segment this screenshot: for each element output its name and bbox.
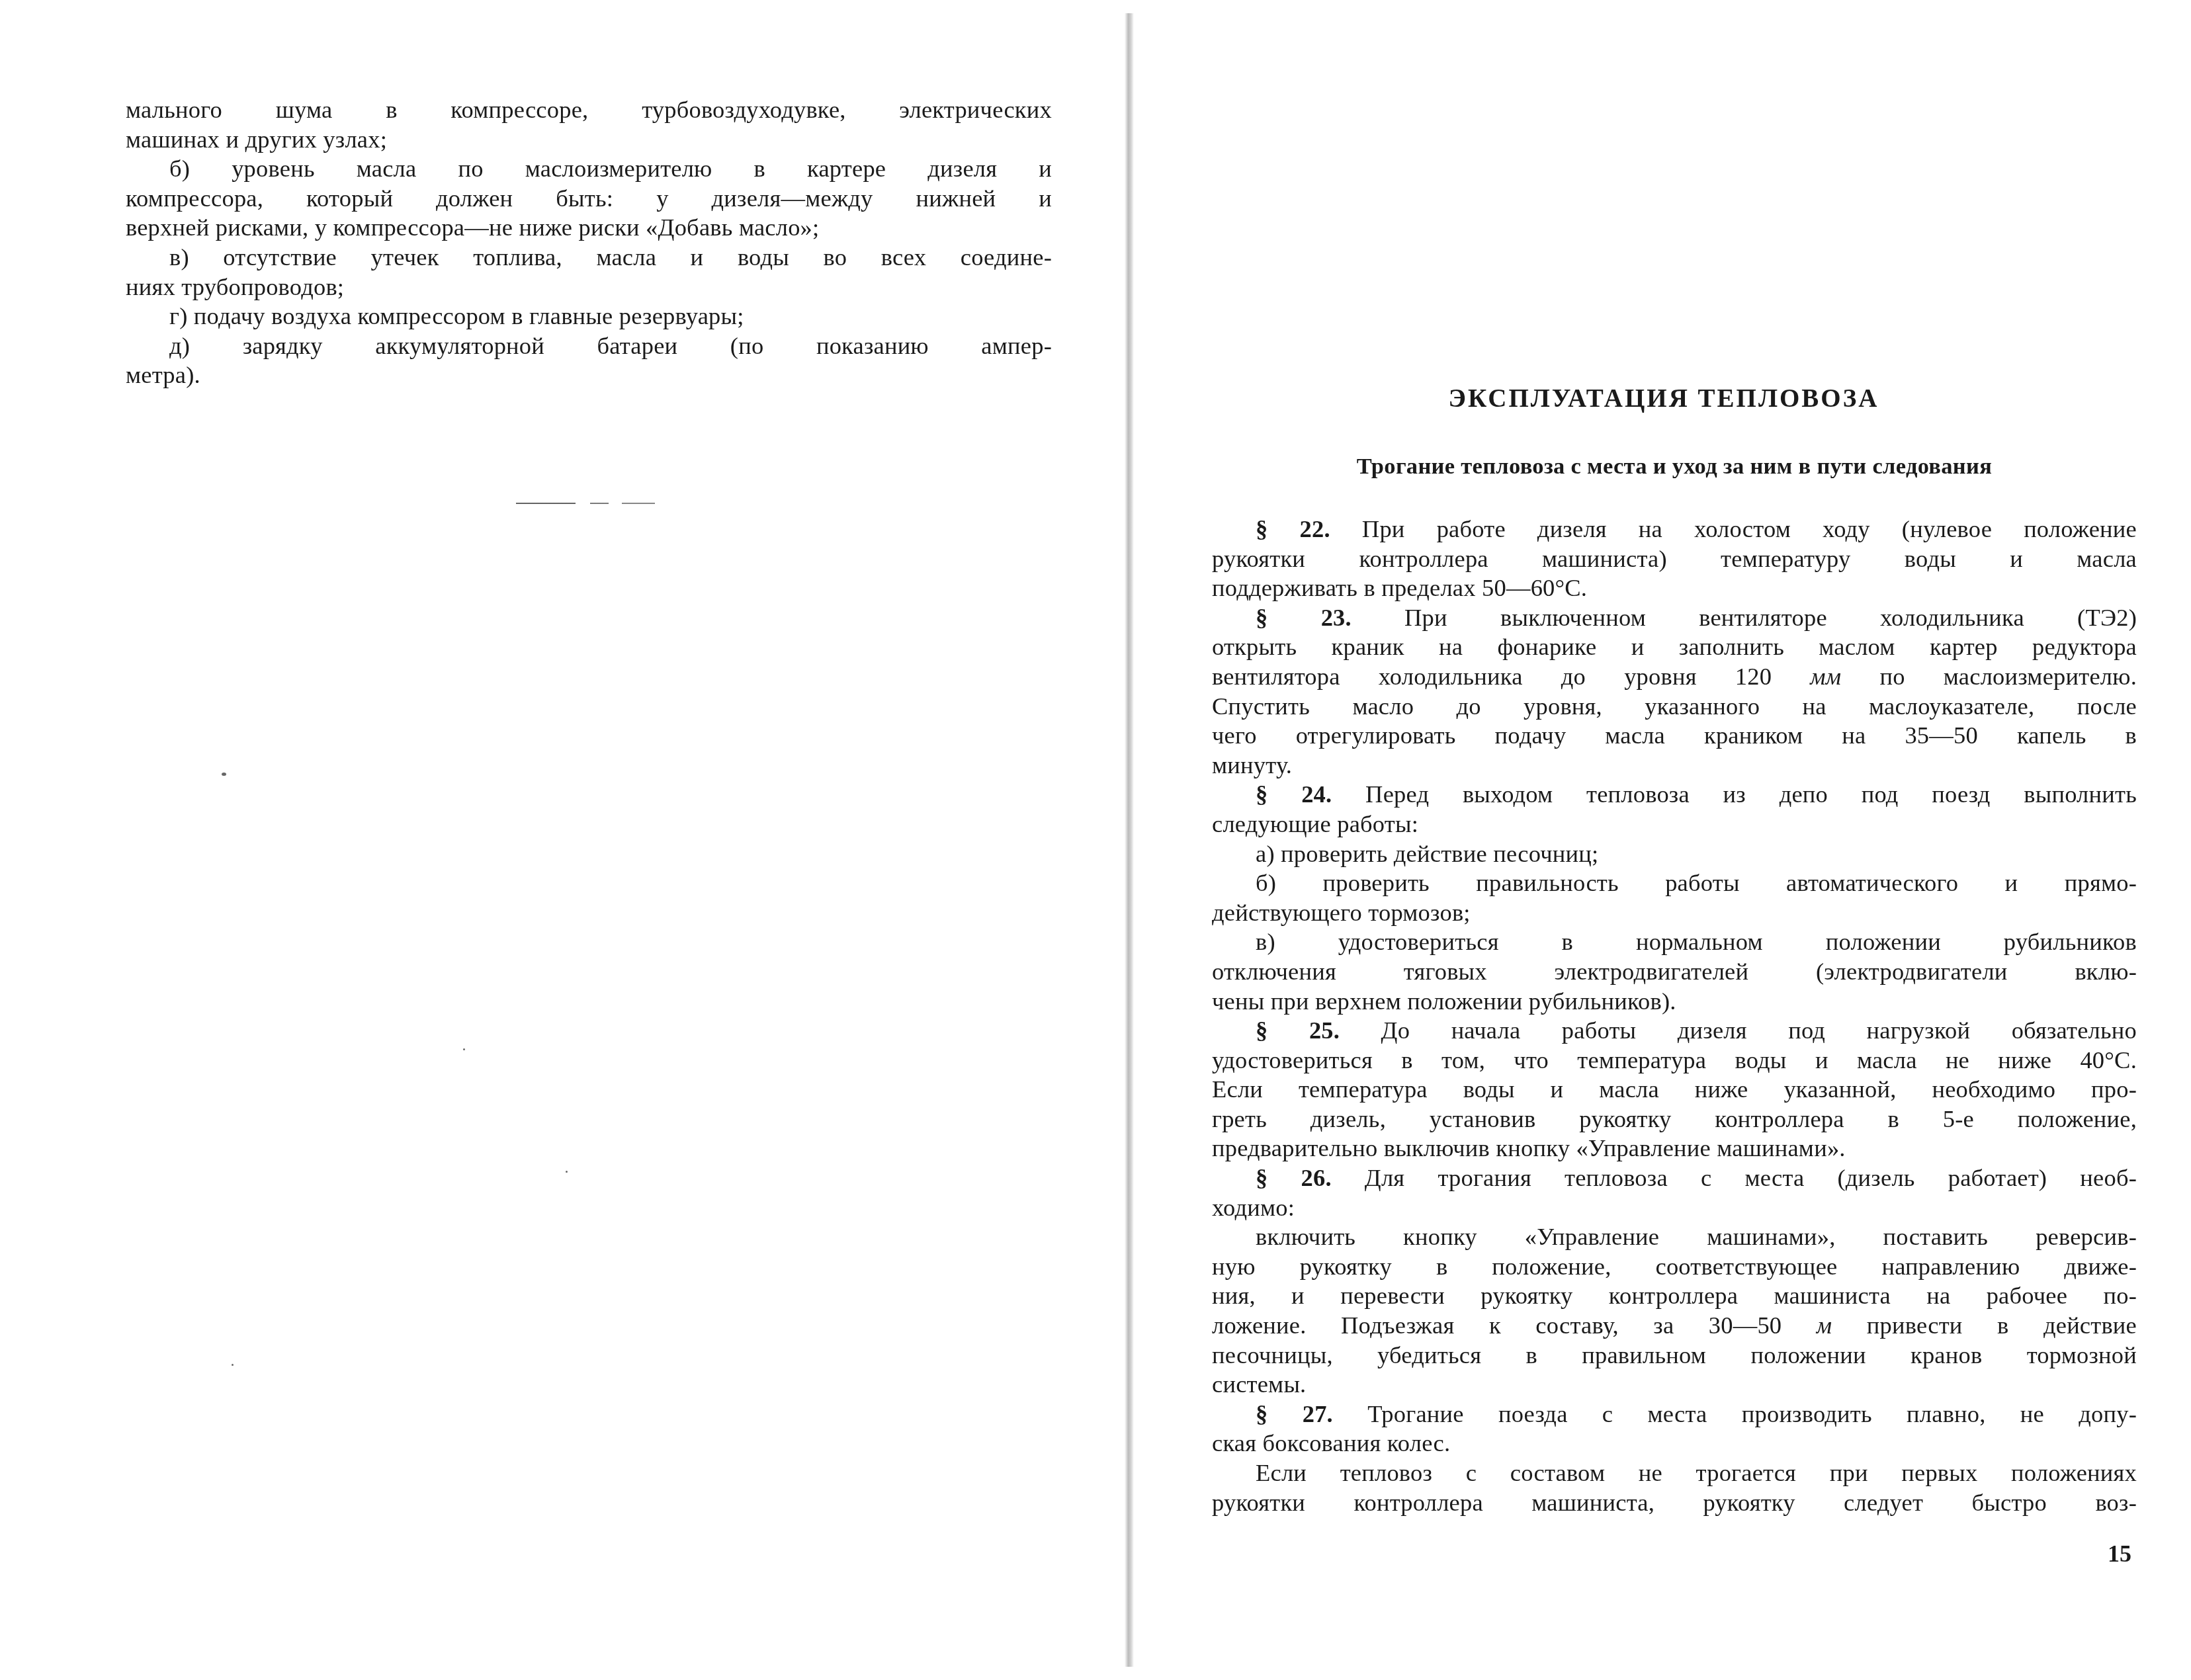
scan-speck — [463, 1048, 465, 1050]
text-line: а) проверить действие песочниц; — [1212, 839, 2137, 869]
text-line: § 22. При работе дизеля на холостом ходу… — [1212, 515, 2137, 544]
left-page-text: мального шума в компрессоре, турбовоздух… — [126, 95, 1052, 390]
scan-speck — [566, 1171, 568, 1173]
text-line: следующие работы: — [1212, 810, 2137, 839]
text-line: в) отсутствие утечек топлива, масла и во… — [126, 243, 1052, 273]
text-line: ская боксования колес. — [1212, 1429, 2137, 1458]
text-line: б) проверить правильность работы автомат… — [1212, 868, 2137, 898]
text-line: компрессора, который должен быть: у дизе… — [126, 184, 1052, 214]
text-line: отключения тяговых электродвигателей (эл… — [1212, 957, 2137, 987]
text-line: § 23. При выключенном вентиляторе холоди… — [1212, 603, 2137, 633]
text-line: действующего тормозов; — [1212, 898, 2137, 928]
text-line: поддерживать в пределах 50—60°С. — [1212, 573, 2137, 603]
text-line: мального шума в компрессоре, турбовоздух… — [126, 95, 1052, 125]
text-line: б) уровень масла по маслоизмерителю в ка… — [126, 154, 1052, 184]
text-line: рукоятки контроллера машиниста, рукоятку… — [1212, 1488, 2137, 1518]
text-line: Если тепловоз с составом не трогается пр… — [1212, 1458, 2137, 1488]
text-line: предварительно выключив кнопку «Управлен… — [1212, 1134, 2137, 1163]
text-line: открыть краник на фонарике и заполнить м… — [1212, 632, 2137, 662]
text-line: Если температура воды и масла ниже указа… — [1212, 1075, 2137, 1105]
text-line: системы. — [1212, 1370, 2137, 1400]
text-line: ную рукоятку в положение, соответствующе… — [1212, 1252, 2137, 1282]
text-line: чего отрегулировать подачу масла кранико… — [1212, 721, 2137, 751]
text-line: машинах и других узлах; — [126, 125, 1052, 155]
text-line: § 27. Трогание поезда с места производит… — [1212, 1400, 2137, 1429]
text-line: метра). — [126, 360, 1052, 390]
book-gutter — [1125, 13, 1134, 1667]
scan-speck — [232, 1364, 234, 1366]
text-line: вентилятора холодильника до уровня 120 м… — [1212, 662, 2137, 692]
section-separator — [516, 503, 655, 504]
text-line: удостовериться в том, что температура во… — [1212, 1046, 2137, 1075]
paragraph-number: § 24. — [1256, 780, 1332, 808]
left-page: мального шума в компрессоре, турбовоздух… — [0, 0, 1125, 1680]
text-line: Спустить масло до уровня, указанного на … — [1212, 692, 2137, 722]
text-line: в) удостовериться в нормальном положении… — [1212, 927, 2137, 957]
text-line: песочницы, убедиться в правильном положе… — [1212, 1341, 2137, 1370]
text-line: § 24. Перед выходом тепловоза из депо по… — [1212, 780, 2137, 810]
unit-abbreviation: м — [1817, 1312, 1832, 1339]
paragraph-number: § 25. — [1256, 1017, 1340, 1044]
text-line: включить кнопку «Управление машинами», п… — [1212, 1222, 2137, 1252]
text-line: ния, и перевести рукоятку контроллера ма… — [1212, 1281, 2137, 1311]
text-line: греть дизель, установив рукоятку контрол… — [1212, 1105, 2137, 1134]
text-line: чены при верхнем положении рубильников). — [1212, 987, 2137, 1017]
paragraph-number: § 22. — [1256, 515, 1330, 542]
chapter-title: ЭКСПЛУАТАЦИЯ ТЕПЛОВОЗА — [1138, 384, 2190, 413]
section-title: Трогание тепловоза с места и уход за ним… — [1212, 454, 2137, 480]
text-line: минуту. — [1212, 751, 2137, 780]
paragraph-number: § 27. — [1256, 1400, 1333, 1427]
text-line: ходимо: — [1212, 1193, 2137, 1223]
paragraph-number: § 26. — [1256, 1164, 1332, 1191]
text-line: ниях трубопроводов; — [126, 273, 1052, 302]
text-line: § 25. До начала работы дизеля под нагруз… — [1212, 1016, 2137, 1046]
text-line: верхней рисками, у компрессора—не ниже р… — [126, 213, 1052, 243]
text-line: § 26. Для трогания тепловоза с места (ди… — [1212, 1163, 2137, 1193]
scan-speck — [222, 773, 226, 776]
right-page: ЭКСПЛУАТАЦИЯ ТЕПЛОВОЗА Трогание тепловоз… — [1138, 0, 2191, 1680]
text-line: ложение. Подъезжая к составу, за 30—50 м… — [1212, 1311, 2137, 1341]
text-line: рукоятки контроллера машиниста) температ… — [1212, 544, 2137, 574]
paragraph-number: § 23. — [1256, 604, 1352, 631]
text-line: д) зарядку аккумуляторной батареи (по по… — [126, 331, 1052, 361]
right-page-text: § 22. При работе дизеля на холостом ходу… — [1212, 515, 2137, 1517]
page-number: 15 — [2108, 1540, 2131, 1568]
unit-abbreviation: мм — [1810, 663, 1841, 690]
text-line: г) подачу воздуха компрессором в главные… — [126, 302, 1052, 331]
